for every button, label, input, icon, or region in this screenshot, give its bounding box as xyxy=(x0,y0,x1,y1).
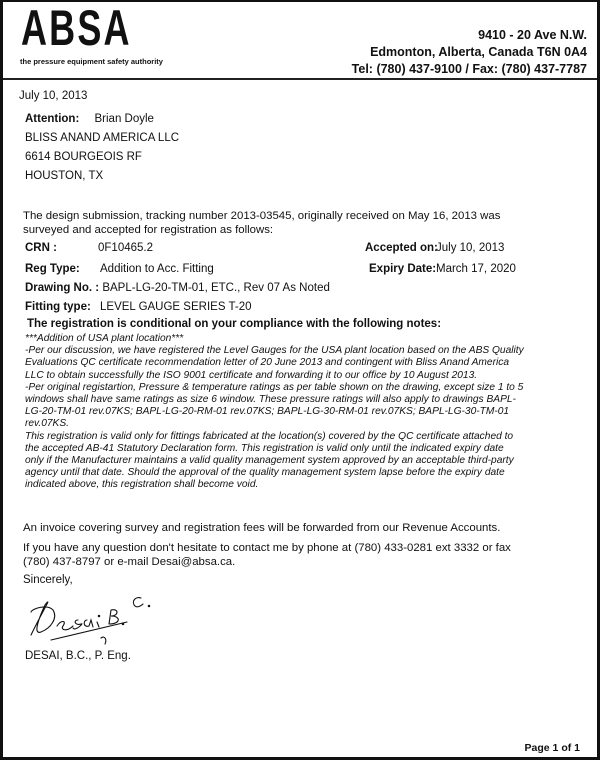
contact-paragraph: If you have any question don't hesitate … xyxy=(23,542,523,569)
note-item: -Per our discussion, we have registered … xyxy=(25,345,525,382)
crn-value: 0F10465.2 xyxy=(98,242,153,254)
attention-label: Attention: xyxy=(25,113,79,125)
attention-name: Brian Doyle xyxy=(95,113,154,125)
absa-logo: ABSA xyxy=(21,2,132,54)
intro-paragraph: The design submission, tracking number 2… xyxy=(23,210,543,237)
logo-tagline: the pressure equipment safety authority xyxy=(20,57,163,66)
recipient-company: BLISS ANAND AMERICA LLC xyxy=(25,132,179,144)
note-item: -Per original registartion, Pressure & t… xyxy=(25,382,525,431)
page-indicator: Page 1 of 1 xyxy=(525,742,580,754)
drawing-label: Drawing No. : xyxy=(25,282,99,294)
drawing-line: Drawing No. : BAPL-LG-20-TM-01, ETC., Re… xyxy=(25,282,330,294)
note-item: This registration is valid only for fitt… xyxy=(25,431,525,492)
salutation: Sincerely, xyxy=(23,574,73,586)
compliance-notes: ***Addition of USA plant location*** -Pe… xyxy=(25,333,525,492)
fitting-label: Fitting type: xyxy=(25,301,91,313)
signatory-name: DESAI, B.C., P. Eng. xyxy=(25,650,131,662)
regtype-value: Addition to Acc. Fitting xyxy=(100,263,214,275)
recipient-city: HOUSTON, TX xyxy=(25,170,103,182)
note-item: ***Addition of USA plant location*** xyxy=(25,333,525,345)
contact-line: Tel: (780) 437-9100 / Fax: (780) 437-778… xyxy=(352,62,587,76)
drawing-value: BAPL-LG-20-TM-01, ETC., Rev 07 As Noted xyxy=(102,282,330,294)
accepted-label: Accepted on: xyxy=(365,242,438,254)
crn-label: CRN : xyxy=(25,242,57,254)
letter-date: July 10, 2013 xyxy=(19,90,87,102)
recipient-street: 6614 BOURGEOIS RF xyxy=(25,151,142,163)
letter-page: ABSA the pressure equipment safety autho… xyxy=(0,0,600,760)
regtype-label: Reg Type: xyxy=(25,263,80,275)
header-divider xyxy=(3,78,597,80)
conditional-heading: The registration is conditional on your … xyxy=(27,318,441,330)
invoice-paragraph: An invoice covering survey and registrat… xyxy=(23,522,583,536)
fitting-value: LEVEL GAUGE SERIES T-20 xyxy=(100,301,251,313)
signature xyxy=(23,590,163,645)
expiry-value: March 17, 2020 xyxy=(436,263,516,275)
attention-line: Attention: Brian Doyle xyxy=(25,113,154,125)
address-line-2: Edmonton, Alberta, Canada T6N 0A4 xyxy=(370,45,587,59)
expiry-label: Expiry Date: xyxy=(369,263,436,275)
address-line-1: 9410 - 20 Ave N.W. xyxy=(478,28,587,42)
accepted-value: July 10, 2013 xyxy=(436,242,504,254)
